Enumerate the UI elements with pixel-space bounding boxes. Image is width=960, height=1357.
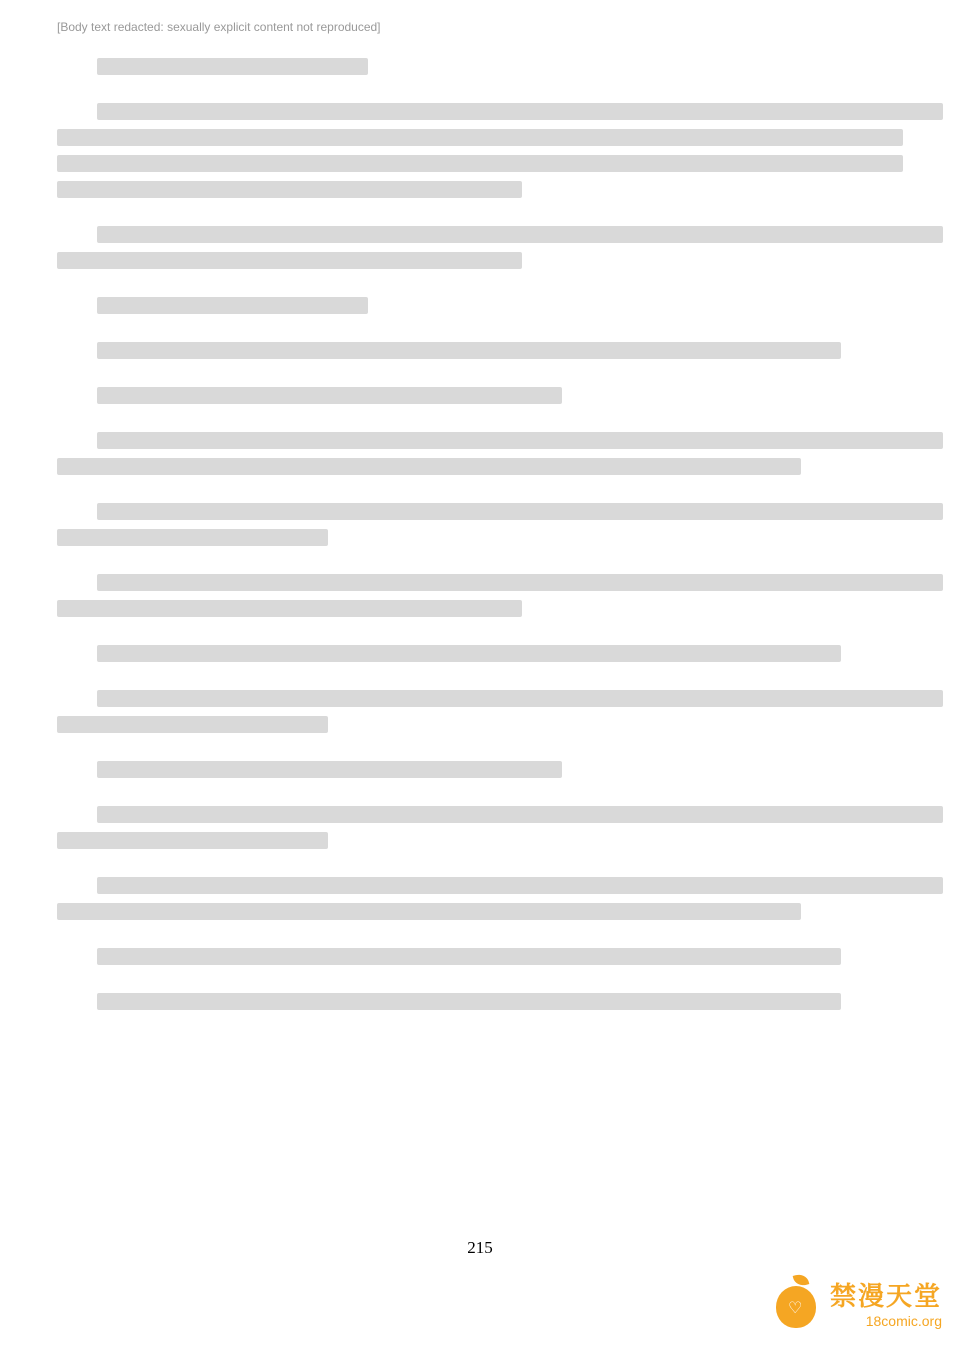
redacted-text-line (57, 529, 328, 546)
redacted-text-line (57, 903, 801, 920)
watermark-text-block: 禁漫天堂 18comic.org (830, 1276, 942, 1329)
redacted-text-line (97, 387, 562, 404)
redacted-text-line (57, 832, 328, 849)
redacted-paragraph (57, 877, 903, 920)
watermark-site-name: 禁漫天堂 (830, 1276, 942, 1313)
redacted-paragraph (57, 690, 903, 733)
redacted-text-line (57, 181, 522, 198)
redacted-paragraph (57, 645, 903, 662)
redacted-paragraph (57, 574, 903, 617)
redacted-text-line (97, 432, 943, 449)
redacted-text-line (97, 877, 943, 894)
redaction-notice: [Body text redacted: sexually explicit c… (57, 20, 381, 34)
redacted-text-line (97, 690, 943, 707)
redacted-text-line (97, 226, 943, 243)
redacted-paragraph (57, 387, 903, 404)
redacted-paragraph (57, 297, 903, 314)
redacted-text-line (97, 948, 841, 965)
redacted-paragraph (57, 432, 903, 475)
redacted-paragraph (57, 503, 903, 546)
redacted-text-line (97, 993, 841, 1010)
redacted-text-line (57, 458, 801, 475)
redacted-text-line (97, 103, 943, 120)
redacted-text-line (97, 297, 368, 314)
redacted-text-line (97, 58, 368, 75)
document-page: [Body text redacted: sexually explicit c… (0, 0, 960, 1357)
redacted-paragraph (57, 226, 903, 269)
redacted-paragraph (57, 342, 903, 359)
redacted-text-line (97, 806, 943, 823)
redacted-text-line (57, 716, 328, 733)
redacted-text-line (57, 155, 903, 172)
body-text-area (57, 58, 903, 1038)
redacted-text-line (57, 600, 522, 617)
redacted-paragraph (57, 948, 903, 965)
redacted-text-line (97, 761, 562, 778)
redacted-paragraph (57, 993, 903, 1010)
redacted-paragraph (57, 761, 903, 778)
watermark-site-url: 18comic.org (866, 1313, 942, 1329)
orange-fruit-logo-icon: ♡ (770, 1272, 822, 1332)
redacted-paragraph (57, 58, 903, 75)
redacted-text-line (97, 503, 943, 520)
redacted-paragraph (57, 103, 903, 198)
redacted-text-line (97, 574, 943, 591)
page-number: 215 (0, 1238, 960, 1258)
heart-icon: ♡ (788, 1298, 802, 1318)
site-watermark: ♡ 禁漫天堂 18comic.org (770, 1272, 942, 1332)
redacted-text-line (97, 645, 841, 662)
redacted-text-line (57, 129, 903, 146)
redacted-paragraph (57, 806, 903, 849)
redacted-text-line (97, 342, 841, 359)
redacted-text-line (57, 252, 522, 269)
